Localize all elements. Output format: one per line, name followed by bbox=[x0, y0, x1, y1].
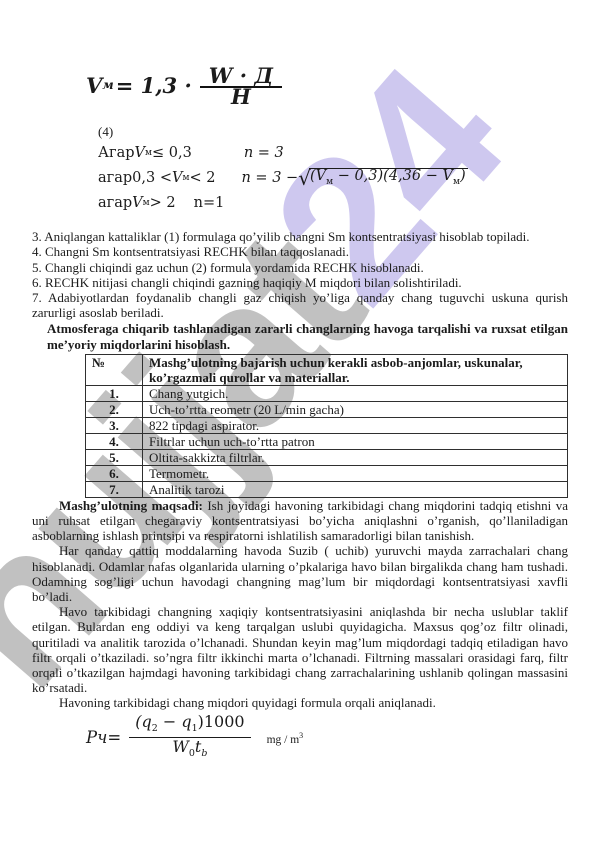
condition-2: агар 0,3 < Vм < 2 n = 3 − √ (Vм − 0,3)(4… bbox=[98, 166, 568, 191]
formula-vm-var-subscript: м bbox=[102, 78, 113, 93]
formula-vm-var: V bbox=[86, 78, 102, 93]
row-text: Filtrlar uchun uch-to’rtta patron bbox=[143, 433, 568, 449]
condition-2-lower-bound: 0,3 < bbox=[132, 171, 172, 186]
paragraph-dust-definition: Har qanday qattiq moddalarning havoda Su… bbox=[32, 543, 568, 604]
formula-pch-fraction: (q2 − q1)1000 W0tb bbox=[129, 714, 250, 762]
numbered-list: 3. Aniqlangan kattaliklar (1) formulaga … bbox=[32, 229, 568, 320]
condition-2-result-prefix: n = 3 − bbox=[241, 171, 298, 186]
condition-2-var-subscript: м bbox=[182, 171, 189, 186]
sqrt-part: − 0,3)(4,36 − V bbox=[333, 168, 453, 184]
row-text: Termometr. bbox=[143, 465, 568, 481]
condition-1: Агар Vм ≤ 0,3 n = 3 bbox=[98, 141, 568, 166]
num-part: )1000 bbox=[198, 712, 245, 731]
row-number: 3. bbox=[86, 417, 143, 433]
document-page: hujjat24 Vм = 1,3 · W · Д H (4) Агар Vм … bbox=[0, 0, 596, 842]
formula-pch: Pч = (q2 − q1)1000 W0tb mg / m3 bbox=[86, 716, 568, 760]
list-item-4: 4. Changni Sm kontsentratsiyasi RECHK bi… bbox=[32, 244, 568, 259]
condition-3-result: n=1 bbox=[194, 196, 225, 211]
table-header-description: Mashg’ulotning bajarish uchun kerakli as… bbox=[143, 354, 568, 385]
den-subscript: b bbox=[201, 748, 207, 759]
row-text: Uch-to’rtta reometr (20 L/min gacha) bbox=[143, 401, 568, 417]
formula-pch-denominator: W0tb bbox=[172, 738, 207, 761]
equipment-table: № Mashg’ulotning bajarish uchun kerakli … bbox=[85, 354, 568, 498]
num-part: − q bbox=[158, 712, 192, 731]
table-row: 7. Analitik tarozi bbox=[86, 481, 568, 497]
list-item-6: 6. RECHK nitijasi changli chiqindi gazni… bbox=[32, 275, 568, 290]
formula-pch-numerator: (q2 − q1)1000 bbox=[129, 714, 250, 738]
row-number: 4. bbox=[86, 433, 143, 449]
formula-number-label: (4) bbox=[98, 124, 568, 139]
condition-1-var-subscript: м bbox=[145, 146, 152, 161]
condition-3-var: V bbox=[132, 196, 142, 211]
condition-1-comparison: ≤ 0,3 bbox=[152, 146, 192, 161]
condition-1-result: n = 3 bbox=[244, 146, 284, 161]
unit-text: mg / m bbox=[267, 733, 300, 745]
paragraph-method: Havo tarkibidagi changning xaqiqiy konts… bbox=[32, 604, 568, 695]
row-text: Chang yutgich. bbox=[143, 385, 568, 401]
formula-vm: Vм = 1,3 · W · Д H bbox=[86, 58, 568, 114]
condition-3-comparison: > 2 bbox=[150, 196, 176, 211]
formula-pch-equals: = bbox=[107, 730, 121, 745]
list-item-7: 7. Adabiyotlardan foydanalib changli gaz… bbox=[32, 290, 568, 320]
formula-vm-fraction: W · Д H bbox=[200, 68, 282, 103]
list-item-5: 5. Changli chiqindi gaz uchun (2) formul… bbox=[32, 260, 568, 275]
condition-2-comparison: < 2 bbox=[190, 171, 216, 186]
table-row: 2. Uch-to’rtta reometr (20 L/min gacha) bbox=[86, 401, 568, 417]
formula-vm-denominator: H bbox=[231, 88, 251, 104]
condition-3: агар Vм > 2 n=1 bbox=[98, 191, 568, 216]
table-header-row: № Mashg’ulotning bajarish uchun kerakli … bbox=[86, 354, 568, 385]
condition-2-var: V bbox=[172, 171, 182, 186]
unit-exponent: 3 bbox=[299, 731, 303, 740]
table-row: 6. Termometr. bbox=[86, 465, 568, 481]
num-part: (q bbox=[135, 712, 151, 731]
list-item-3: 3. Aniqlangan kattaliklar (1) formulaga … bbox=[32, 229, 568, 244]
row-number: 5. bbox=[86, 449, 143, 465]
table-row: 4. Filtrlar uchun uch-to’rtta patron bbox=[86, 433, 568, 449]
row-text: 822 tipdagi aspirator. bbox=[143, 417, 568, 433]
paragraph-formula-intro: Havoning tarkibidagi chang miqdori quyid… bbox=[32, 695, 568, 710]
row-text: Oltita-sakkizta filtrlar. bbox=[143, 449, 568, 465]
sqrt-part: ) bbox=[460, 168, 466, 184]
document-content: Vм = 1,3 · W · Д H (4) Агар Vм ≤ 0,3 n =… bbox=[0, 0, 596, 760]
sqrt-part: (V bbox=[310, 168, 326, 184]
row-number: 2. bbox=[86, 401, 143, 417]
table-row: 3. 822 tipdagi aspirator. bbox=[86, 417, 568, 433]
row-number: 1. bbox=[86, 385, 143, 401]
section-heading: Atmosferaga chiqarib tashlanadigan zarar… bbox=[32, 321, 568, 351]
row-number: 7. bbox=[86, 481, 143, 497]
condition-1-prefix: Агар bbox=[98, 146, 135, 161]
condition-1-var: V bbox=[135, 146, 145, 161]
den-part: W bbox=[172, 737, 188, 756]
row-number: 6. bbox=[86, 465, 143, 481]
condition-2-prefix: агар bbox=[98, 171, 132, 186]
condition-3-prefix: агар bbox=[98, 196, 132, 211]
formula-vm-equals: = 1,3 · bbox=[116, 78, 192, 93]
formula-pch-unit: mg / m3 bbox=[267, 728, 304, 748]
table-row: 1. Chang yutgich. bbox=[86, 385, 568, 401]
table-row: 5. Oltita-sakkizta filtrlar. bbox=[86, 449, 568, 465]
paragraph-goal-lead: Mashg’ulotning maqsadi: bbox=[59, 498, 203, 513]
table-header-number: № bbox=[86, 354, 143, 385]
sqrt-subscript: м bbox=[453, 177, 460, 187]
formula-pch-lhs: Pч bbox=[86, 730, 107, 745]
row-text: Analitik tarozi bbox=[143, 481, 568, 497]
condition-3-var-subscript: м bbox=[143, 196, 150, 211]
paragraph-goal: Mashg’ulotning maqsadi: Ish joyidagi hav… bbox=[32, 498, 568, 544]
square-root-argument: (Vм − 0,3)(4,36 − Vм) bbox=[309, 168, 468, 190]
